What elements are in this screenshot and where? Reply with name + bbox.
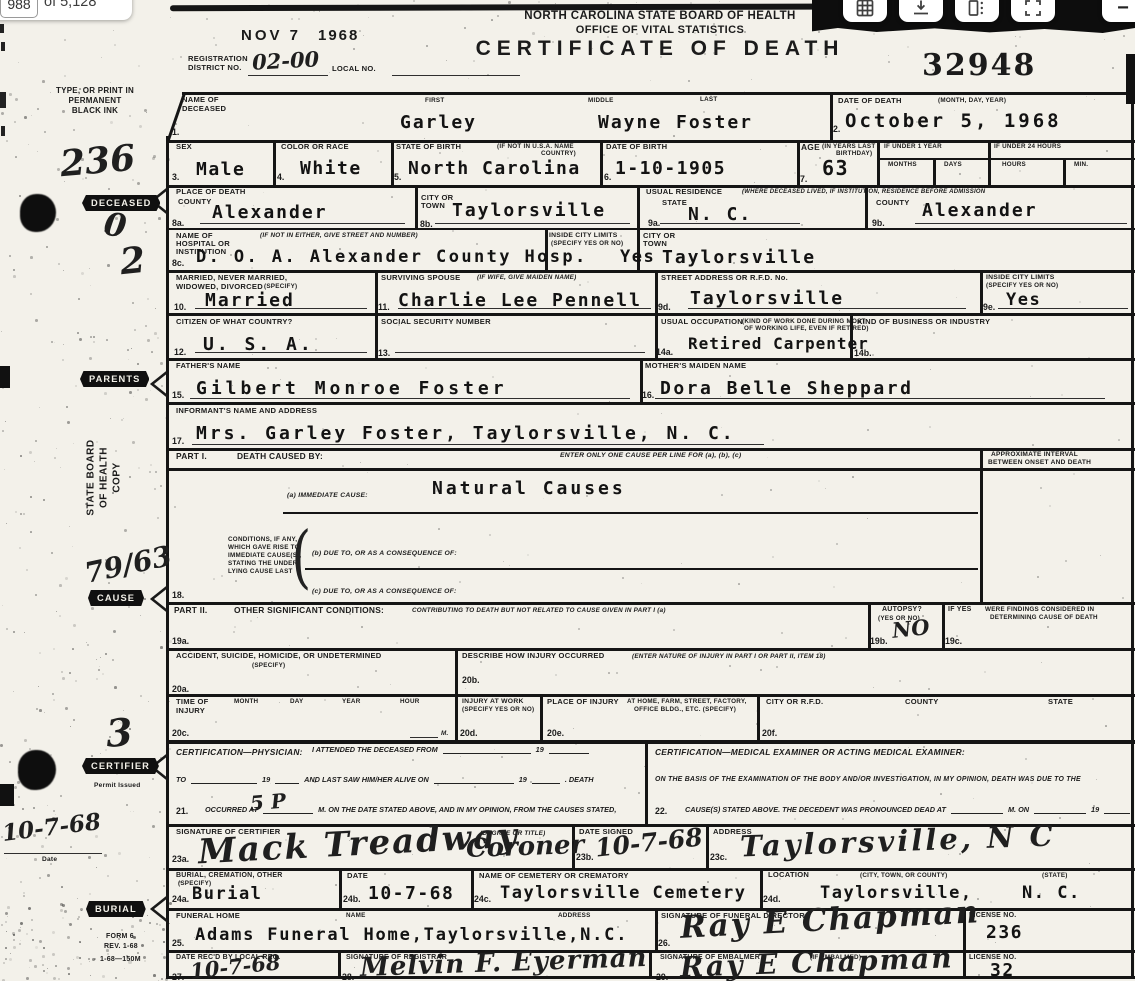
field-8c-number: 8c.	[172, 258, 184, 268]
divider	[200, 223, 405, 224]
scan-speck	[1011, 319, 1013, 321]
scan-speck	[169, 902, 172, 905]
funeral-address-header: ADDRESS	[558, 912, 591, 919]
scan-speck	[760, 669, 762, 671]
scan-speck	[56, 448, 57, 449]
scan-speck	[88, 958, 90, 960]
scan-speck	[97, 937, 98, 938]
scan-speck	[6, 140, 8, 142]
scan-speck	[1073, 473, 1075, 475]
scan-speck	[579, 284, 581, 286]
street-address-label: STREET ADDRESS OR R.F.D. No.	[661, 274, 788, 283]
scan-speck	[137, 952, 139, 954]
margin-handwritten-2: 2	[118, 239, 147, 283]
scan-speck	[973, 798, 974, 799]
approx-interval-label2: BETWEEN ONSET AND DEATH	[988, 459, 1091, 467]
burial-value: Burial	[192, 884, 262, 904]
year-19: 19	[262, 775, 270, 784]
divider	[410, 737, 438, 738]
blank-line	[434, 774, 514, 784]
scan-speck	[153, 974, 156, 977]
scan-speck	[129, 391, 132, 394]
margin-tab-certifier: CERTIFIER	[82, 758, 159, 774]
scan-speck	[79, 957, 81, 959]
scan-artifact-edge-mark	[0, 366, 10, 388]
scan-speck	[473, 60, 475, 62]
page-number-input[interactable]	[0, 0, 38, 18]
divider	[963, 950, 966, 978]
divider	[305, 568, 978, 570]
scan-speck	[174, 506, 176, 508]
divider	[868, 602, 871, 648]
scan-speck	[459, 581, 461, 583]
scan-speck	[9, 958, 12, 961]
scan-speck	[13, 269, 15, 271]
scan-speck	[136, 880, 138, 882]
scan-speck	[110, 121, 113, 124]
margin-tab-parents: PARENTS	[80, 371, 149, 387]
scan-speck	[80, 963, 82, 965]
scan-speck	[1037, 576, 1039, 578]
scan-speck	[178, 913, 180, 915]
scan-speck	[1059, 817, 1061, 819]
scan-speck	[990, 901, 992, 903]
field-2-number: 2.	[833, 124, 840, 134]
scan-speck	[5, 921, 7, 923]
scan-speck	[624, 787, 626, 789]
field-12-number: 12.	[174, 347, 186, 357]
divider	[942, 602, 945, 648]
conditions-brace: (	[291, 518, 311, 597]
scan-speck	[673, 135, 675, 137]
divider	[1063, 158, 1066, 185]
scan-speck	[213, 578, 215, 580]
scan-speck	[251, 267, 253, 269]
scan-speck	[1030, 396, 1031, 397]
scan-speck	[354, 967, 355, 968]
location-label: LOCATION	[768, 871, 809, 880]
scan-speck	[51, 552, 53, 554]
field-20d-number: 20d.	[460, 728, 478, 738]
scan-speck	[53, 699, 55, 701]
scan-speck	[845, 637, 847, 639]
last-saw-alive-text: AND LAST SAW HIM/HER ALIVE ON	[304, 775, 429, 784]
scan-speck	[940, 793, 942, 795]
field-24c-number: 24c.	[474, 894, 491, 904]
age-value: 63	[822, 156, 849, 180]
scan-speck	[503, 561, 504, 562]
if-yes-label: IF YES	[948, 606, 972, 614]
divider	[166, 908, 1135, 911]
scan-speck	[6, 858, 7, 859]
zoom-out-button[interactable]: −	[1102, 0, 1135, 22]
divider	[273, 140, 276, 185]
blank-line	[275, 774, 299, 784]
field-14a-number: 14a.	[656, 347, 673, 357]
scan-speck	[20, 940, 21, 941]
scan-speck	[104, 392, 107, 395]
scan-speck	[152, 825, 155, 828]
scan-speck	[508, 1, 511, 4]
scan-speck	[29, 451, 32, 454]
scan-speck	[141, 944, 144, 947]
scan-artifact-edge-dash	[0, 92, 6, 108]
scan-speck	[675, 11, 677, 13]
scan-speck	[398, 324, 400, 326]
received-stamp-year: 1968	[318, 27, 359, 45]
scan-speck	[930, 369, 931, 370]
scan-speck	[144, 222, 146, 224]
scan-speck	[935, 935, 936, 936]
scan-speck	[1096, 779, 1097, 780]
scan-speck	[476, 243, 478, 245]
scan-speck	[720, 858, 722, 860]
scan-speck	[215, 721, 217, 723]
scan-speck	[87, 644, 89, 646]
scan-speck	[384, 873, 386, 875]
scan-speck	[839, 310, 840, 311]
scan-speck	[867, 518, 868, 519]
scan-speck	[42, 955, 45, 958]
due-to-b-label: (b) DUE TO, OR AS A CONSEQUENCE OF:	[312, 550, 457, 558]
field-10-number: 10.	[174, 302, 186, 312]
scan-speck	[821, 285, 822, 286]
scan-speck	[137, 363, 139, 365]
location-state-value: N. C.	[1022, 883, 1081, 903]
divider	[166, 402, 1135, 405]
res-inside-limits-label1: INSIDE CITY LIMITS	[986, 274, 1055, 282]
scan-speck	[818, 480, 820, 482]
scan-speck	[147, 298, 149, 300]
scan-speck	[163, 885, 165, 887]
injury-hour-header: HOUR	[400, 698, 420, 705]
scan-speck	[150, 464, 152, 466]
scan-speck	[31, 115, 32, 116]
race-label: COLOR OR RACE	[281, 143, 349, 152]
field-4-number: 4.	[277, 172, 284, 182]
scan-speck	[23, 513, 25, 515]
state-of-birth-label: STATE OF BIRTH	[396, 143, 461, 152]
scan-speck	[372, 811, 374, 813]
minus-icon: −	[1117, 0, 1129, 20]
blank-line	[549, 744, 589, 754]
scan-speck	[26, 977, 29, 980]
scan-speck	[170, 17, 171, 18]
scan-speck	[62, 110, 65, 113]
res-inside-limits-label2: (SPECIFY YES OR NO)	[986, 282, 1058, 289]
scan-speck	[956, 297, 957, 298]
scan-speck	[127, 349, 129, 351]
scan-speck	[158, 217, 161, 220]
download-icon	[911, 0, 931, 18]
blank-line	[532, 774, 560, 784]
scan-speck	[151, 351, 153, 353]
scan-speck	[118, 852, 121, 855]
scan-speck	[68, 973, 70, 975]
scan-speck	[67, 936, 70, 939]
scan-speck	[132, 179, 134, 181]
scan-speck	[213, 37, 215, 39]
scan-speck	[54, 342, 55, 343]
scan-speck	[272, 888, 274, 890]
immediate-cause-label: (a) IMMEDIATE CAUSE:	[287, 492, 368, 500]
scan-speck	[578, 628, 580, 630]
scan-speck	[112, 659, 114, 661]
scan-speck	[113, 30, 114, 31]
divider	[395, 352, 645, 353]
attended-from-text: I ATTENDED THE DECEASED FROM	[312, 745, 438, 754]
scan-speck	[47, 968, 48, 969]
scan-speck	[234, 626, 236, 628]
place-of-injury-sublabel1: AT HOME, FARM, STREET, FACTORY,	[627, 698, 747, 705]
scan-speck	[362, 122, 364, 124]
scan-speck	[47, 874, 50, 877]
scan-speck	[831, 645, 833, 647]
scan-speck	[638, 792, 640, 794]
scan-speck	[64, 75, 66, 77]
findings-label2: DETERMINING CAUSE OF DEATH	[990, 614, 1098, 621]
scan-speck	[907, 46, 909, 48]
m-on-text: M. ON	[1008, 805, 1029, 814]
divider	[471, 868, 474, 908]
date-of-death-label: DATE OF DEATH	[838, 97, 902, 106]
field-19a-number: 19a.	[172, 636, 189, 646]
scan-speck	[313, 146, 315, 148]
scan-speck	[52, 931, 55, 934]
scan-speck	[75, 385, 77, 387]
scan-speck	[767, 457, 768, 458]
divider	[166, 740, 1135, 744]
certification-physician-label: CERTIFICATION—PHYSICIAN:	[176, 748, 303, 758]
scan-speck	[552, 41, 554, 43]
scan-speck	[65, 707, 68, 710]
occupation-value: Retired Carpenter	[688, 334, 869, 353]
scan-speck	[29, 959, 32, 962]
scan-speck	[377, 150, 379, 152]
scan-speck	[99, 666, 100, 667]
scan-speck	[90, 975, 91, 976]
scan-speck	[140, 615, 141, 616]
scan-speck	[636, 2, 637, 3]
scan-speck	[55, 965, 57, 967]
scan-speck	[20, 881, 22, 883]
scan-speck	[15, 511, 17, 513]
scan-speck	[368, 17, 369, 18]
place-of-injury-label: PLACE OF INJURY	[547, 698, 619, 707]
margin-tab-burial: BURIAL	[86, 901, 146, 917]
scan-speck	[1093, 873, 1095, 875]
scan-speck	[44, 712, 45, 713]
injury-at-work-label2: (SPECIFY YES OR NO)	[462, 706, 534, 713]
scan-speck	[360, 462, 361, 463]
pod-inside-limits-label1: INSIDE CITY LIMITS	[549, 232, 618, 240]
scan-speck	[245, 38, 246, 39]
scan-speck	[114, 686, 117, 689]
scan-speck	[62, 917, 64, 919]
scan-speck	[37, 108, 39, 110]
scan-speck	[47, 805, 48, 806]
scan-speck	[57, 168, 60, 171]
embalmer-signature: Ray E Chapman	[680, 941, 955, 981]
scan-speck	[616, 672, 618, 674]
scan-speck	[485, 189, 487, 191]
scan-speck	[390, 684, 391, 685]
scan-speck	[107, 264, 110, 267]
scan-speck	[673, 629, 675, 631]
scan-speck	[480, 661, 482, 663]
divider	[192, 444, 764, 445]
autopsy-value: NO	[891, 614, 931, 643]
scan-speck	[641, 583, 642, 584]
scan-speck	[1049, 505, 1051, 507]
license-no-2-value: 32	[990, 960, 1015, 981]
scan-speck	[138, 467, 140, 469]
scan-speck	[307, 637, 309, 639]
scan-speck	[126, 955, 128, 957]
scan-speck	[819, 652, 821, 654]
scan-speck	[650, 80, 651, 81]
scan-speck	[160, 646, 163, 649]
divider	[166, 448, 1135, 451]
scan-speck	[137, 182, 140, 185]
scan-speck	[30, 293, 32, 295]
scan-speck	[138, 65, 140, 67]
scan-speck	[58, 263, 60, 265]
scan-speck	[129, 115, 131, 117]
field-13-number: 13.	[378, 348, 390, 358]
scan-speck	[876, 292, 878, 294]
scan-speck	[114, 44, 116, 46]
scan-speck	[13, 631, 15, 633]
scan-speck	[888, 61, 890, 63]
grid-view-button[interactable]	[843, 0, 887, 22]
scan-speck	[73, 624, 76, 627]
scan-speck	[13, 275, 16, 278]
scan-speck	[78, 298, 80, 300]
scan-speck	[183, 205, 185, 207]
state-of-birth-sublabel2: COUNTRY)	[541, 150, 576, 157]
scan-speck	[342, 465, 344, 467]
document-viewer: of 5,128 − TYPE, OR PRINT IN PERMANENT B…	[0, 0, 1135, 981]
scan-speck	[215, 44, 217, 46]
mother-label: MOTHER'S MAIDEN NAME	[645, 362, 746, 371]
divider	[166, 648, 1135, 651]
field-5-number: 5.	[394, 172, 401, 182]
scan-speck	[607, 36, 609, 38]
scan-speck	[132, 302, 134, 304]
scan-speck	[77, 898, 78, 899]
scan-speck	[1092, 698, 1094, 700]
scan-speck	[140, 695, 142, 697]
scan-speck	[825, 488, 826, 489]
compare-pages-button[interactable]	[955, 0, 999, 22]
scan-speck	[929, 426, 931, 428]
scan-speck	[91, 755, 93, 757]
scan-speck	[79, 338, 82, 341]
scan-speck	[509, 565, 510, 566]
scan-speck	[79, 941, 81, 943]
immediate-cause-value: Natural Causes	[432, 478, 626, 499]
scan-speck	[90, 336, 92, 338]
divider	[375, 313, 378, 358]
margin-handwritten-236: 236	[58, 137, 137, 185]
scan-speck	[139, 125, 142, 128]
scan-speck	[427, 905, 429, 907]
hours-header: HOURS	[1002, 161, 1026, 168]
scan-speck	[336, 338, 337, 339]
scan-speck	[89, 961, 90, 962]
scan-speck	[279, 702, 280, 703]
scan-speck	[53, 648, 55, 650]
scan-speck	[474, 786, 476, 788]
date-of-death-sublabel: (MONTH, DAY, YEAR)	[938, 97, 1006, 104]
scan-speck	[437, 784, 439, 786]
field-20e-number: 20e.	[547, 728, 564, 738]
scan-speck	[1123, 35, 1125, 37]
scan-speck	[56, 611, 57, 612]
scan-speck	[867, 429, 869, 431]
location-sublabel: (CITY, TOWN, OR COUNTY)	[860, 872, 948, 879]
scan-speck	[620, 235, 622, 237]
scan-speck	[291, 18, 293, 20]
scan-speck	[1106, 150, 1108, 152]
scan-speck	[721, 494, 723, 496]
scan-speck	[766, 239, 767, 240]
scan-speck	[52, 953, 55, 956]
scan-speck	[161, 953, 163, 955]
scan-speck	[59, 615, 61, 617]
pod-city-value: Taylorsville	[452, 200, 606, 221]
year-19: 19	[536, 745, 544, 754]
cemetery-label: NAME OF CEMETERY OR CREMATORY	[479, 872, 629, 881]
scan-speck	[1094, 99, 1095, 100]
fullscreen-button[interactable]	[1011, 0, 1055, 22]
scan-speck	[130, 811, 131, 812]
scan-speck	[289, 645, 290, 646]
injury-county-header: COUNTY	[905, 698, 939, 707]
scan-speck	[391, 196, 393, 198]
mother-value: Dora Belle Sheppard	[660, 378, 913, 399]
field-24a-number: 24a.	[172, 894, 189, 904]
scan-speck	[1061, 394, 1063, 396]
scan-speck	[661, 413, 662, 414]
scan-artifact-edge-dash	[1, 42, 5, 51]
res-city-value: Taylorsville	[662, 247, 816, 268]
field-9e-number: 9e.	[983, 302, 995, 312]
scan-speck	[159, 924, 161, 926]
scan-speck	[106, 339, 108, 341]
scan-speck	[818, 31, 820, 33]
name-first-header: FIRST	[425, 97, 444, 104]
certifier-title-handwritten: Coroner	[466, 830, 585, 864]
scan-speck	[43, 970, 45, 972]
physician-line1: I ATTENDED THE DECEASED FROM19	[312, 744, 589, 754]
scan-speck	[159, 811, 161, 813]
scan-speck	[842, 818, 844, 820]
occupation-label: USUAL OCCUPATION	[661, 318, 743, 327]
scan-speck	[438, 528, 440, 530]
field-25-number: 25.	[172, 938, 184, 948]
divider	[338, 950, 341, 978]
scan-speck	[1019, 170, 1021, 172]
download-button[interactable]	[899, 0, 943, 22]
scan-speck	[128, 359, 129, 360]
field-22-number: 22.	[655, 806, 667, 816]
scan-speck	[275, 367, 277, 369]
part1-label: PART I.	[176, 452, 207, 462]
registration-label-line2: DISTRICT NO.	[188, 64, 242, 73]
surviving-spouse-label: SURVIVING SPOUSE	[381, 274, 460, 283]
